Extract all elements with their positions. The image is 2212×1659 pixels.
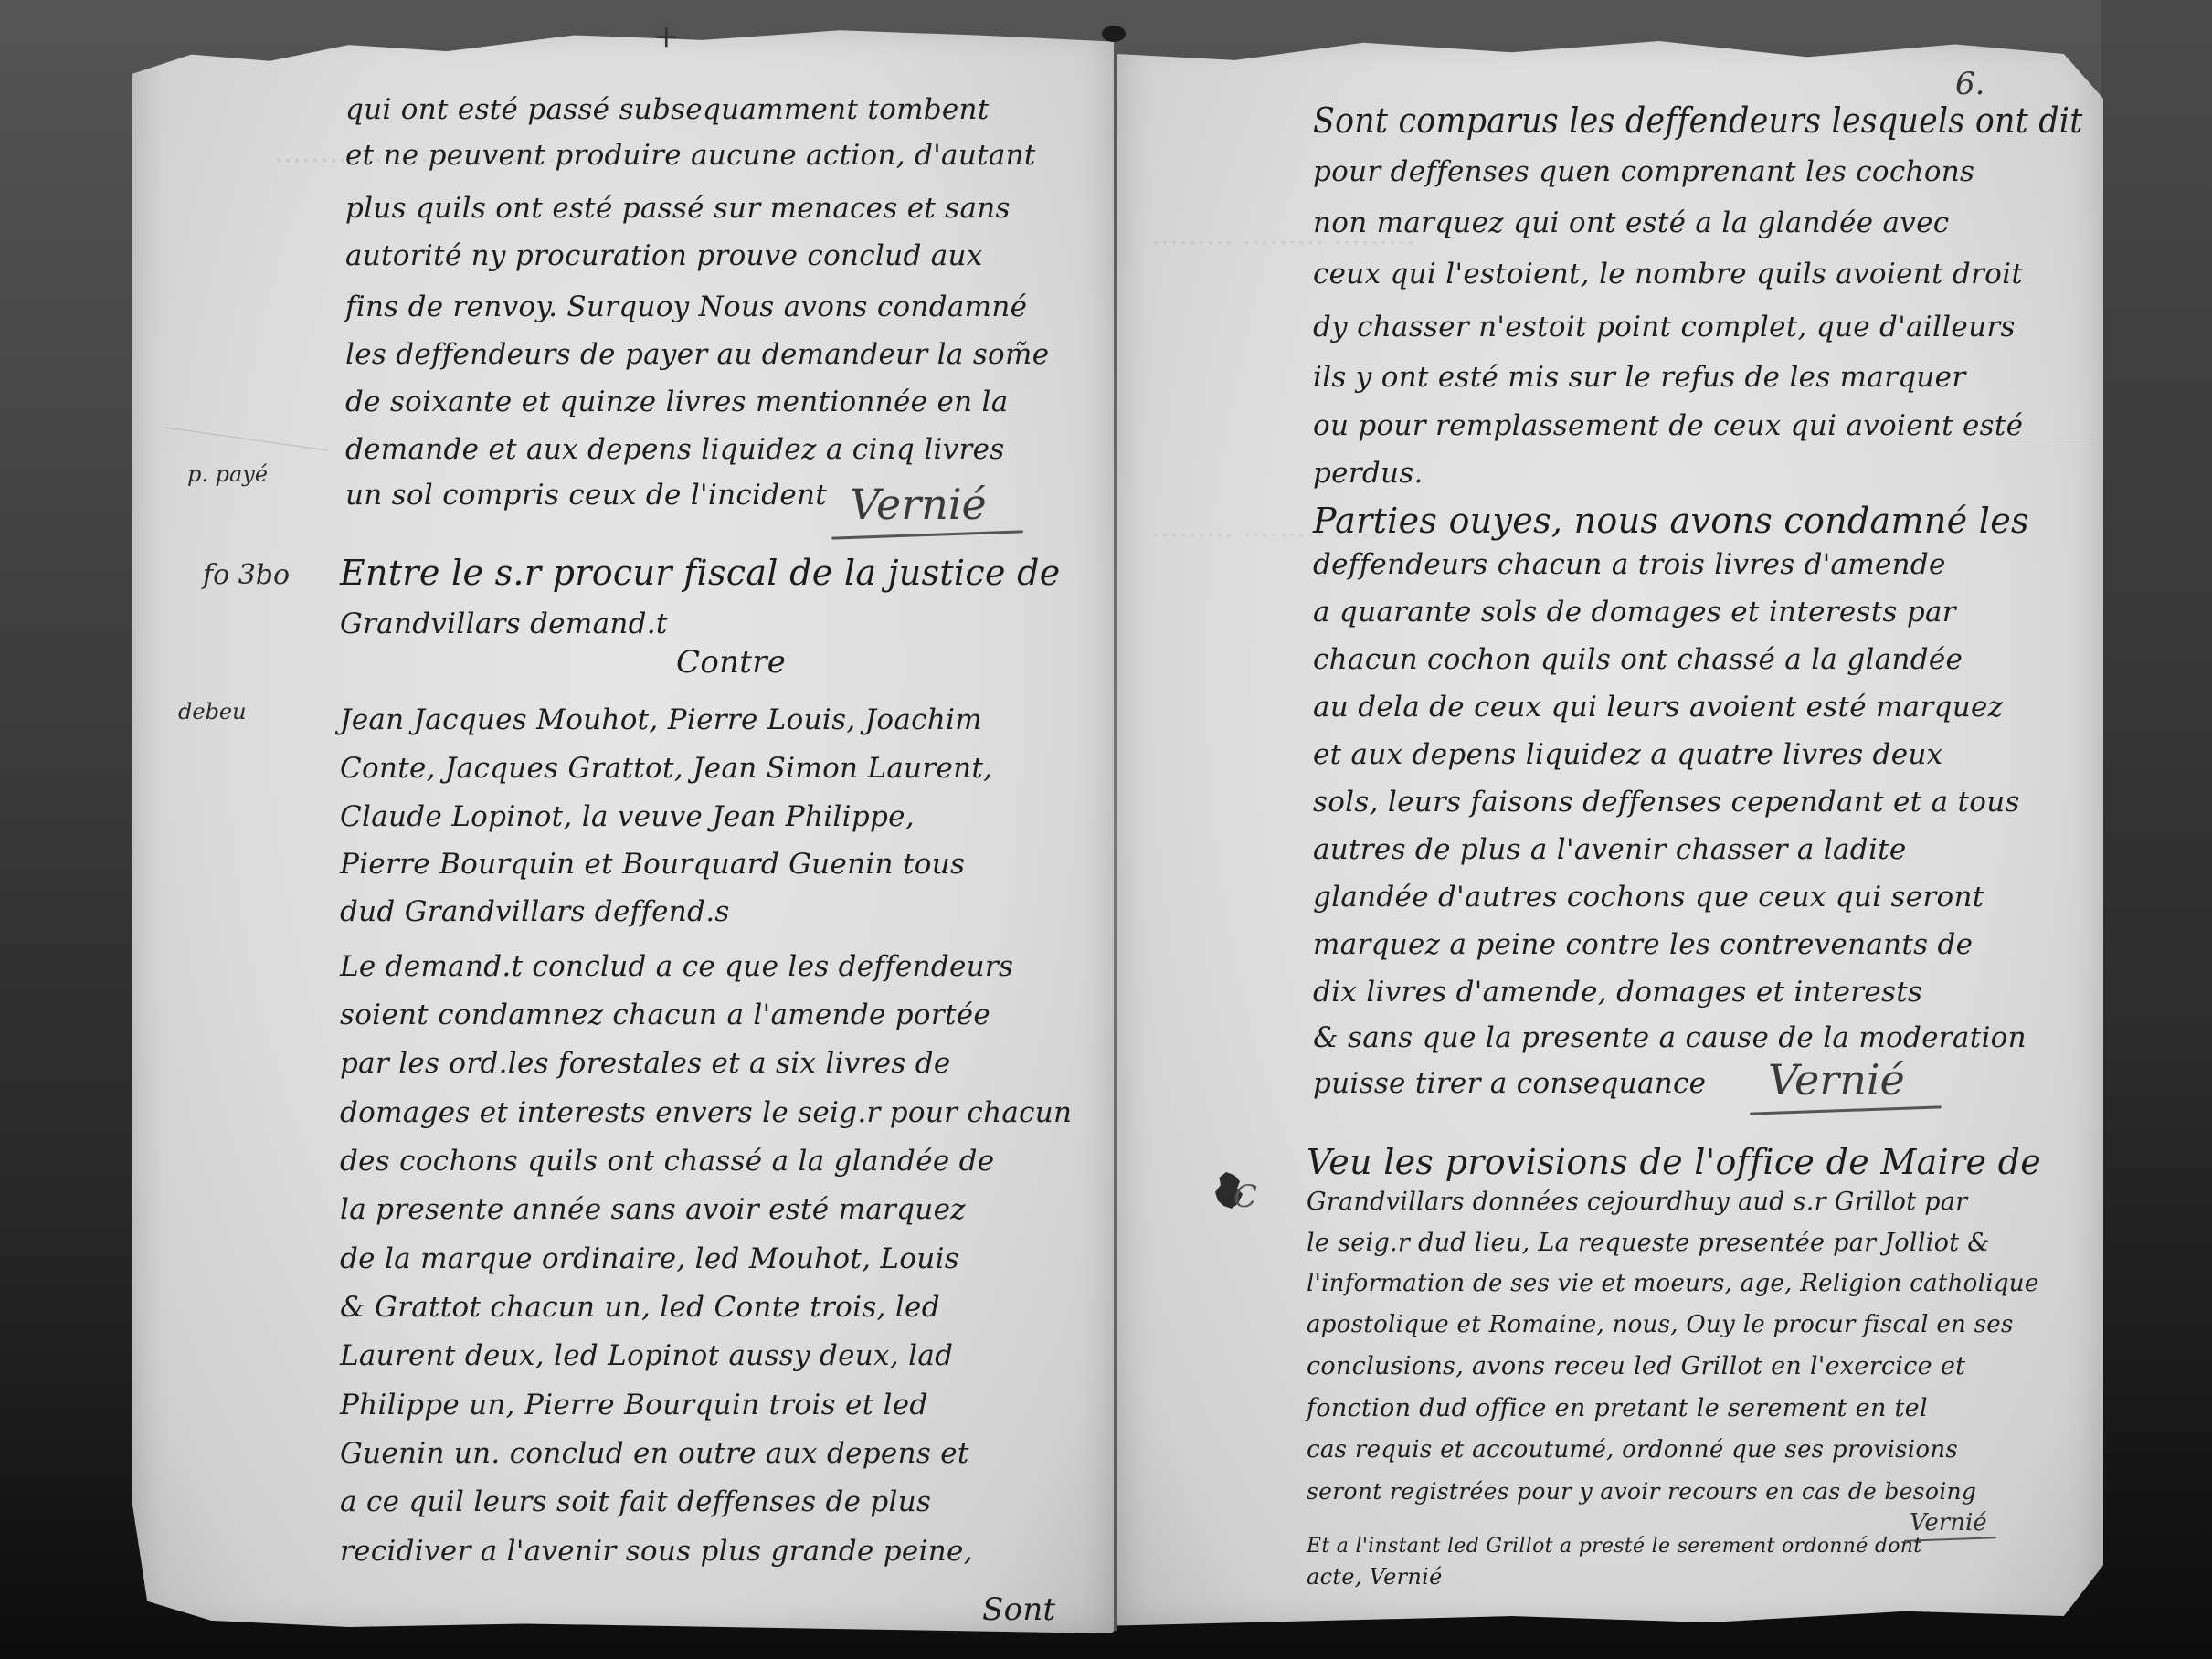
manuscript-line: Grandvillars données cejourdhuy aud s.r …	[1307, 1188, 1967, 1216]
section-heading-line: Sont comparus les deffendeurs lesquels o…	[1313, 100, 2082, 141]
manuscript-line: demande et aux depens liquidez a cinq li…	[345, 433, 1004, 466]
background-edge	[2101, 0, 2212, 1659]
margin-note-paid: p. payé	[187, 461, 268, 487]
manuscript-line: soient condamnez chacun a l'amende porté…	[340, 999, 990, 1031]
manuscript-line: au dela de ceux qui leurs avoient esté m…	[1313, 691, 2003, 724]
manuscript-line: Et a l'instant led Grillot a presté le s…	[1307, 1535, 1921, 1558]
manuscript-line: marquez a peine contre les contrevenants…	[1313, 928, 1973, 961]
manuscript-line: les deffendeurs de payer au demandeur la…	[345, 338, 1049, 371]
manuscript-line: et ne peuvent produire aucune action, d'…	[345, 139, 1036, 172]
manuscript-line: fins de renvoy. Surquoy Nous avons conda…	[345, 291, 1027, 323]
manuscript-line: acte, Vernié	[1307, 1564, 1443, 1590]
manuscript-line: des cochons quils ont chassé a la glandé…	[340, 1145, 994, 1178]
manuscript-line: et aux depens liquidez a quatre livres d…	[1313, 738, 1942, 771]
manuscript-line: Philippe un, Pierre Bourquin trois et le…	[340, 1389, 928, 1421]
manuscript-line: de la marque ordinaire, led Mouhot, Loui…	[340, 1242, 959, 1275]
page-number: 6.	[1955, 66, 1984, 102]
section-heading-line: Veu les provisions de l'office de Maire …	[1307, 1142, 2041, 1182]
manuscript-line: un sol compris ceux de l'incident	[345, 479, 827, 512]
manuscript-line: & Grattot chacun un, led Conte trois, le…	[340, 1291, 940, 1324]
folio-mark: +	[653, 18, 680, 55]
manuscript-line: cas requis et accoutumé, ordonné que ses…	[1307, 1436, 1958, 1464]
manuscript-line: apostolique et Romaine, nous, Ouy le pro…	[1307, 1311, 2014, 1338]
manuscript-line: non marquez qui ont esté a la glandée av…	[1313, 206, 1949, 239]
manuscript-line: ceux qui l'estoient, le nombre quils avo…	[1313, 258, 2023, 291]
manuscript-line: a quarante sols de domages et interests …	[1313, 596, 1956, 629]
signature-vernie-small: Vernié	[1910, 1509, 1987, 1537]
contre-heading: Contre	[676, 644, 786, 681]
manuscript-line: dy chasser n'estoit point complet, que d…	[1313, 311, 2016, 343]
manuscript-line: deffendeurs chacun a trois livres d'amen…	[1313, 548, 1946, 581]
manuscript-line: & sans que la presente a cause de la mod…	[1313, 1021, 2027, 1054]
manuscript-line: fonction dud office en pretant le sereme…	[1307, 1394, 1928, 1422]
manuscript-line: de soixante et quinze livres mentionnée …	[345, 386, 1009, 418]
manuscript-line: sols, leurs faisons deffenses cependant …	[1313, 786, 2020, 819]
signature-vernie: Vernié	[1768, 1055, 1905, 1104]
manuscript-line: ou pour remplassement de ceux qui avoien…	[1313, 409, 2023, 442]
manuscript-line: Claude Lopinot, la veuve Jean Philippe,	[340, 800, 915, 833]
manuscript-line: puisse tirer a consequance	[1313, 1067, 1706, 1100]
manuscript-line: Jean Jacques Mouhot, Pierre Louis, Joach…	[340, 703, 982, 736]
margin-note-fee: fo 3bo	[203, 559, 290, 591]
section-heading-line: Parties ouyes, nous avons condamné les	[1313, 501, 2029, 541]
manuscript-line: Laurent deux, led Lopinot aussy deux, la…	[340, 1339, 953, 1372]
manuscript-line: Conte, Jacques Grattot, Jean Simon Laure…	[340, 752, 992, 785]
manuscript-line: Guenin un. conclud en outre aux depens e…	[340, 1437, 969, 1470]
manuscript-line: Le demand.t conclud a ce que les deffend…	[340, 950, 1013, 983]
margin-note-debeu: debeu	[178, 699, 247, 724]
manuscript-line: plus quils ont esté passé sur menaces et…	[345, 192, 1011, 225]
manuscript-line: seront registrées pour y avoir recours e…	[1307, 1478, 1976, 1505]
manuscript-line: glandée d'autres cochons que ceux qui se…	[1313, 881, 1984, 914]
manuscript-line: autres de plus a l'avenir chasser a ladi…	[1313, 833, 1907, 866]
margin-note-c: C	[1233, 1178, 1257, 1215]
manuscript-line: recidiver a l'avenir sous plus grande pe…	[340, 1535, 973, 1568]
section-heading-line: Entre le s.r procur fiscal de la justice…	[340, 553, 1061, 593]
manuscript-line: la presente année sans avoir esté marque…	[340, 1193, 966, 1226]
manuscript-line: chacun cochon quils ont chassé a la glan…	[1313, 643, 1963, 676]
manuscript-line: conclusions, avons receu led Grillot en …	[1307, 1352, 1965, 1380]
manuscript-line: perdus.	[1313, 457, 1424, 490]
manuscript-line: l'information de ses vie et moeurs, age,…	[1307, 1270, 2039, 1297]
manuscript-line: dud Grandvillars deffend.s	[340, 895, 730, 928]
binding-thread-knot	[1102, 26, 1126, 42]
manuscript-line: le seig.r dud lieu, La requeste presenté…	[1307, 1229, 1990, 1257]
manuscript-line: Pierre Bourquin et Bourquard Guenin tous	[340, 848, 965, 881]
manuscript-line: qui ont esté passé subsequamment tombent	[345, 93, 990, 126]
manuscript-line: domages et interests envers le seig.r po…	[340, 1096, 1072, 1129]
manuscript-line: Grandvillars demand.t	[340, 608, 668, 640]
manuscript-line: autorité ny procuration prouve conclud a…	[345, 239, 983, 272]
book-spine	[1114, 37, 1117, 1631]
manuscript-line: ils y ont esté mis sur le refus de les m…	[1313, 361, 1965, 394]
manuscript-line: pour deffenses quen comprenant les cocho…	[1313, 155, 1974, 188]
manuscript-line: dix livres d'amende, domages et interest…	[1313, 976, 1922, 1009]
manuscript-line: a ce quil leurs soit fait deffenses de p…	[340, 1485, 931, 1518]
signature-vernie: Vernié	[850, 480, 987, 529]
catchword: Sont	[982, 1591, 1056, 1628]
manuscript-line: par les ord.les forestales et a six livr…	[340, 1047, 951, 1080]
scanned-manuscript-spread: ……… ……… ……… ……… ……… ……… ……… ……… ……… ……… …	[0, 0, 2212, 1659]
